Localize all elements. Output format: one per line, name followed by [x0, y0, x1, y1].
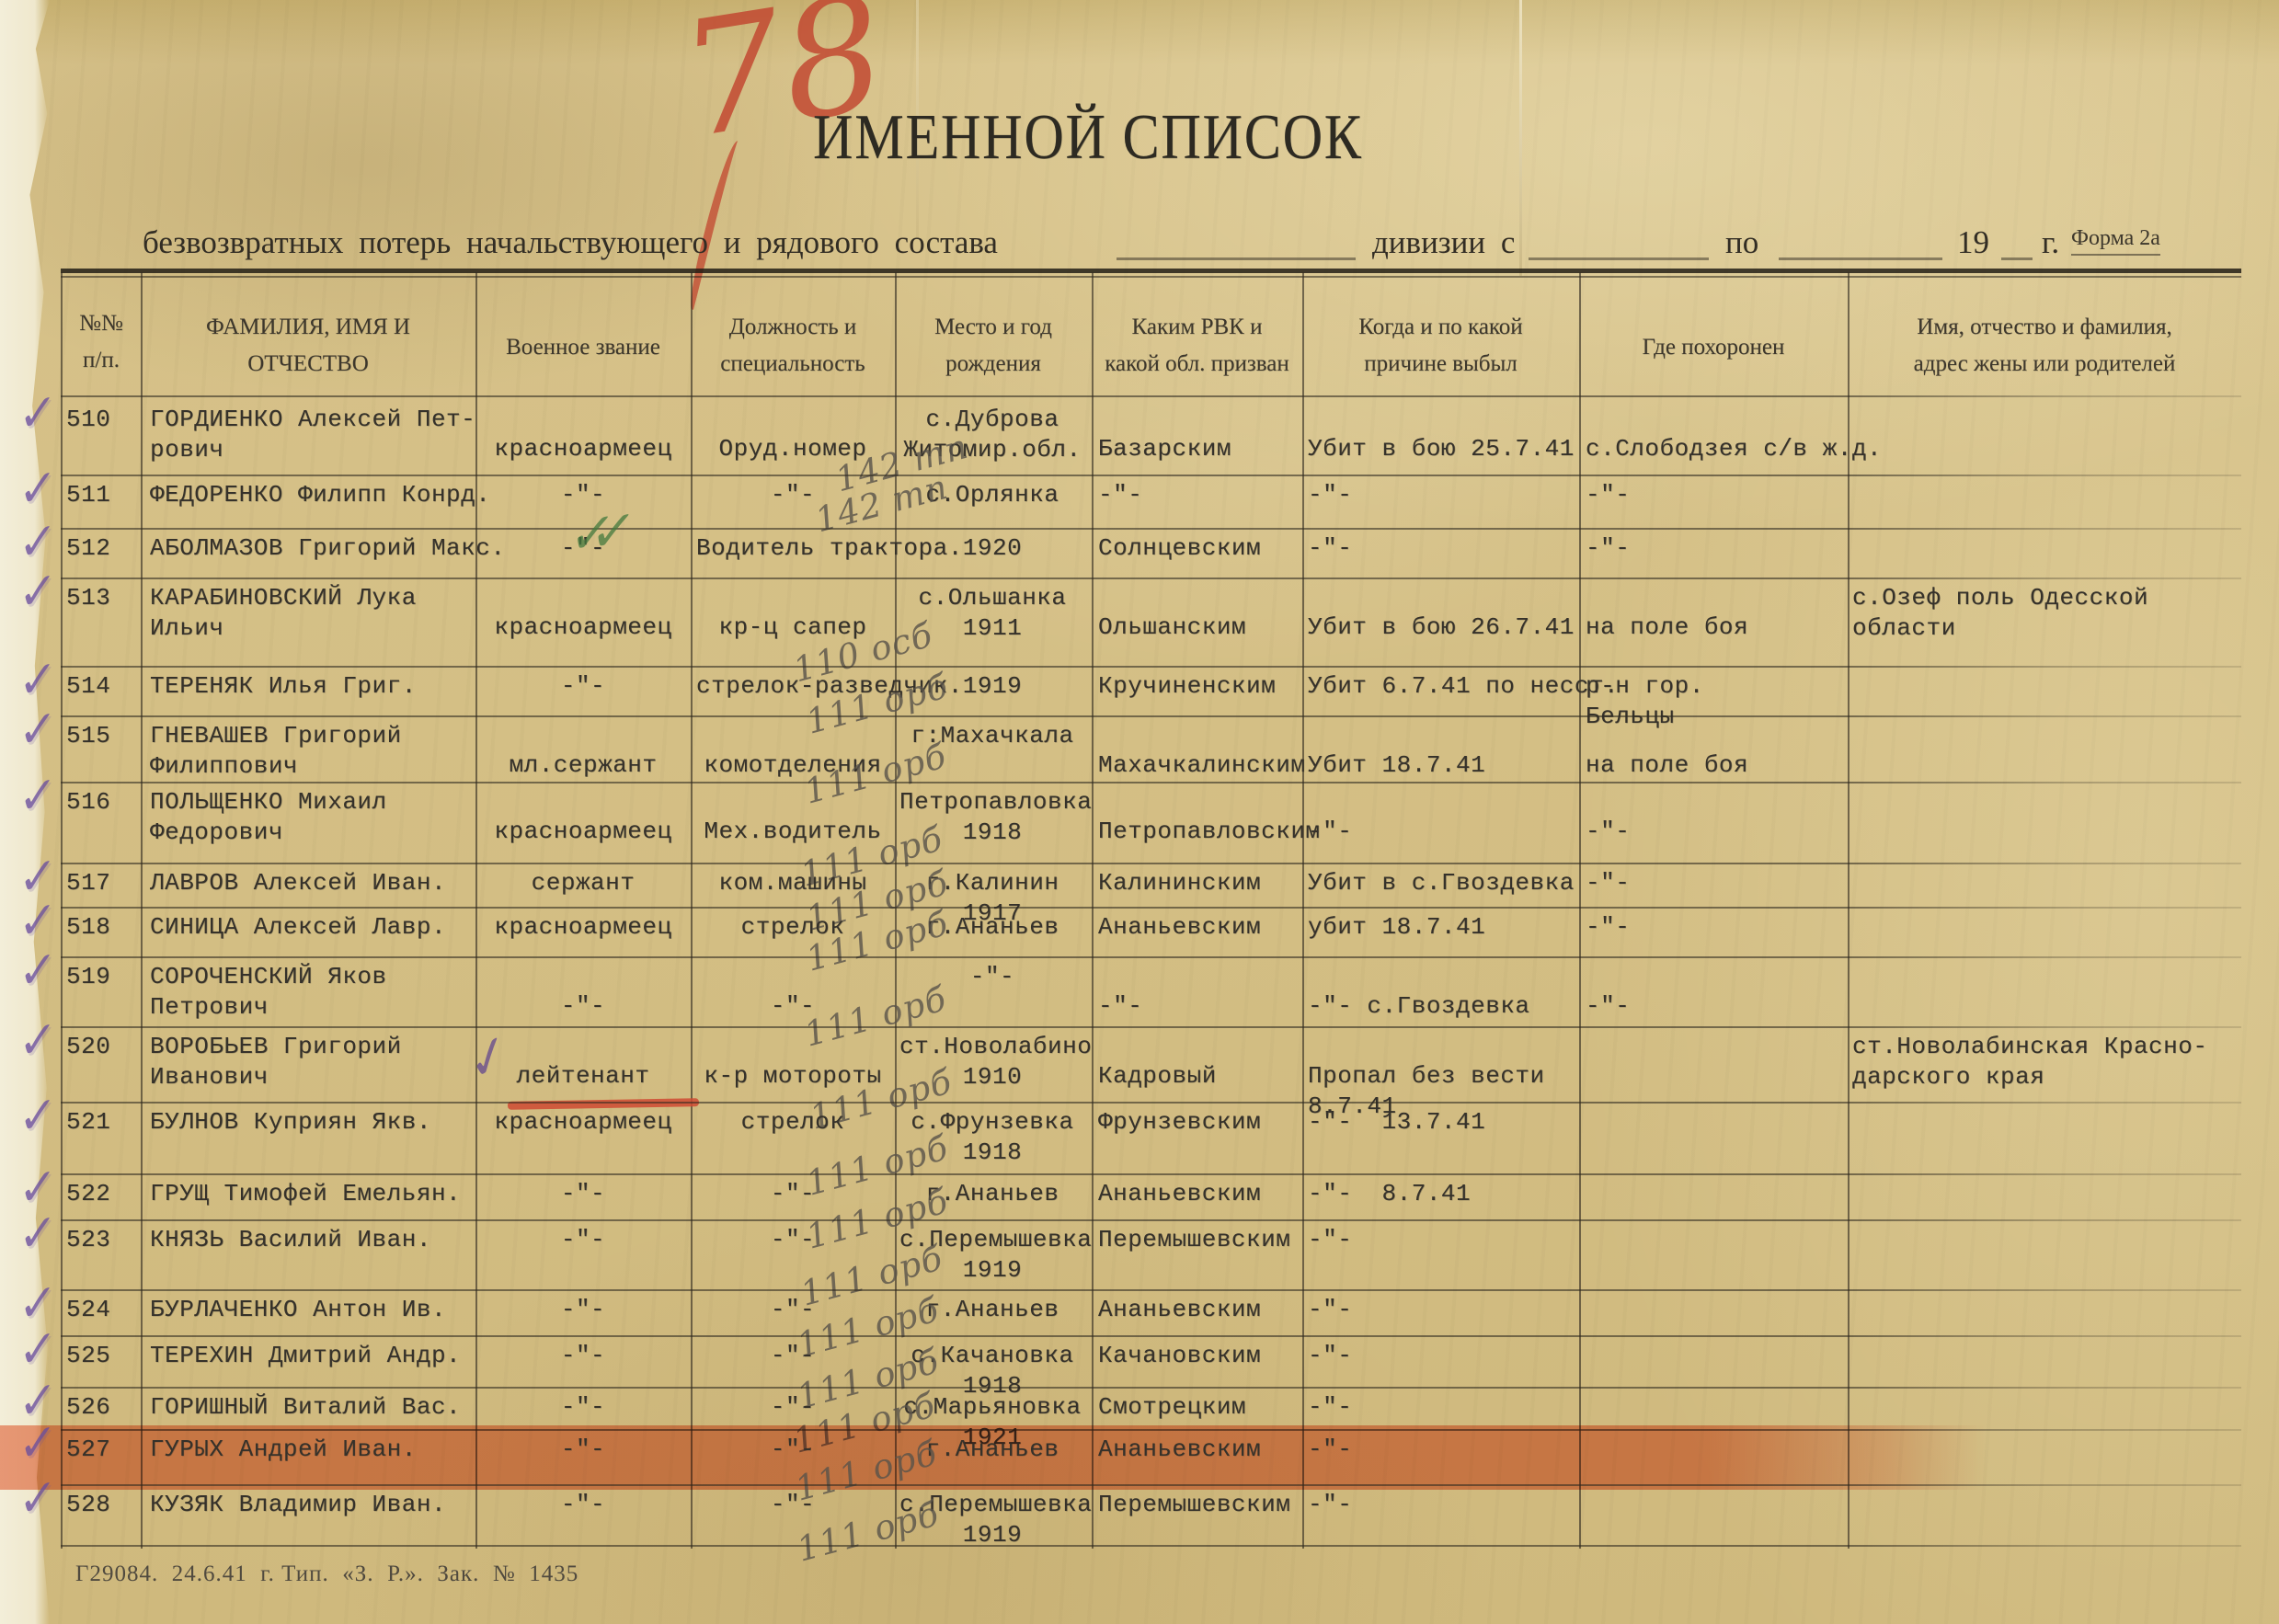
header-num: №№ п/п. [61, 305, 142, 379]
cell-rvk: Солнцевским [1098, 533, 1297, 564]
cell-rank: красноармеец [481, 912, 685, 943]
table-row: 525ТЕРЕХИН Дмитрий Андр.-"--"-с.Качановк… [0, 1337, 2279, 1389]
scanned-document-page: 78 ИМЕННОЙ СПИСОК Форма 2а безвозвратных… [0, 0, 2279, 1624]
cell-name: БУРЛАЧЕНКО Антон Ив. [150, 1295, 472, 1325]
cell-rvk: Калининским [1098, 868, 1297, 898]
blank-line [1529, 226, 1709, 260]
cell-rvk: Кадровый [1098, 1061, 1297, 1092]
subtitle-division: дивизии с [1372, 224, 1515, 261]
header-name: ФАМИЛИЯ, ИМЯ И ОТЧЕСТВО [141, 309, 475, 383]
cell-name: КУЗЯК Владимир Иван. [150, 1490, 472, 1520]
table-row: 518СИНИЦА Алексей Лавр.красноармеецстрел… [0, 909, 2279, 958]
cell-rvk: Ананьевским [1098, 1179, 1297, 1209]
table-row: 517ЛАВРОВ Алексей Иван.сержантком.машины… [0, 864, 2279, 909]
header-cause: Когда и по какой причине выбыл [1302, 309, 1579, 383]
cell-cause: -"- [1308, 817, 1575, 847]
cell-rvk: -"- [1098, 991, 1297, 1022]
margin-checkmark-icon: ✓ [17, 1010, 57, 1071]
cell-num: 513 [66, 583, 138, 613]
cell-cause: -"- [1308, 480, 1575, 510]
cell-rvk: Махачкалинским [1098, 750, 1297, 781]
cell-num: 526 [66, 1392, 138, 1423]
margin-checkmark-icon: ✓ [17, 699, 57, 761]
margin-checkmark-icon: ✓ [17, 1203, 57, 1264]
cell-rvk: Смотрецким [1098, 1392, 1297, 1423]
blank-line [2001, 226, 2033, 260]
cell-num: 515 [66, 721, 138, 751]
cell-num: 516 [66, 787, 138, 818]
table-row: 512АБОЛМАЗОВ Григорий Макс.-"-Водитель т… [0, 530, 2279, 579]
cell-name: ТЕРЕНЯК Илья Григ. [150, 671, 472, 702]
margin-checkmark-icon: ✓ [17, 561, 57, 623]
form-number-label: Форма 2а [2071, 226, 2160, 256]
cell-buried: на поле боя [1586, 750, 1861, 781]
header-position: Должность и специальность [691, 309, 895, 383]
cell-cause: Убит 6.7.41 по несст. [1308, 671, 1575, 702]
cell-num: 525 [66, 1341, 138, 1371]
table-row: 528КУЗЯК Владимир Иван.-"--"-с.Перемышев… [0, 1486, 2279, 1547]
table-row: 514ТЕРЕНЯК Илья Григ.-"-стрелок-разведчи… [0, 668, 2279, 717]
cell-num: 528 [66, 1490, 138, 1520]
cell-rank: -"- [481, 1392, 685, 1423]
margin-checkmark-icon: ✓ [17, 940, 57, 1001]
margin-checkmark-icon: ✓ [17, 1468, 57, 1529]
margin-checkmark-icon: ✓ [17, 765, 57, 827]
cell-rank: -"- [481, 1341, 685, 1371]
table-row: 519СОРОЧЕНСКИЙ Яков Петрович-"--"--"--"-… [0, 958, 2279, 1028]
cell-num: 523 [66, 1225, 138, 1255]
cell-num: 510 [66, 405, 138, 435]
margin-checkmark-icon: ✓ [17, 1412, 57, 1474]
table-row: 527ГУРЫХ Андрей Иван.-"--"-г.АнаньевАнан… [0, 1431, 2279, 1486]
table-row: 523КНЯЗЬ Василий Иван.-"--"-с.Перемышевк… [0, 1221, 2279, 1291]
cell-cause: -"- [1308, 1295, 1575, 1325]
cell-rvk: Ольшанским [1098, 612, 1297, 643]
cell-name: КНЯЗЬ Василий Иван. [150, 1225, 472, 1255]
cell-name: АБОЛМАЗОВ Григорий Макс. [150, 533, 472, 564]
cell-num: 514 [66, 671, 138, 702]
cell-buried: -"- [1586, 817, 1861, 847]
row-separator-line [61, 1545, 2241, 1547]
cell-num: 524 [66, 1295, 138, 1325]
cell-name: ЛАВРОВ Алексей Иван. [150, 868, 472, 898]
header-rank: Военное звание [475, 329, 691, 366]
cell-rvk: Базарским [1098, 434, 1297, 464]
cell-name: СОРОЧЕНСКИЙ Яков Петрович [150, 962, 472, 1023]
cell-position: Водитель трактора. [696, 533, 889, 564]
fold-crease [1519, 0, 1522, 276]
cell-rvk: Ананьевским [1098, 1295, 1297, 1325]
table-row: 521БУЛНОВ Куприян Якв.красноармеецстрело… [0, 1104, 2279, 1175]
cell-name: КАРАБИНОВСКИЙ Лука Ильич [150, 583, 472, 644]
cell-rank: красноармеец [481, 1107, 685, 1138]
cell-rank: -"- [481, 1179, 685, 1209]
cell-family: с.Озеф поль Одесской области [1852, 583, 2237, 644]
margin-checkmark-icon: ✓ [17, 1085, 57, 1147]
cell-cause: -"- [1308, 1392, 1575, 1423]
cell-position: -"- [696, 1225, 889, 1255]
cell-cause: -"- с.Гвоздевка [1308, 991, 1575, 1022]
cell-cause: -"- 8.7.41 [1308, 1179, 1575, 1209]
table-row: 511ФЕДОРЕНКО Филипп Конрд.-"--"-с.Орлянк… [0, 476, 2279, 530]
cell-rvk: Перемышевским [1098, 1225, 1297, 1255]
subtitle-po: по [1725, 224, 1758, 261]
blank-line [1117, 226, 1356, 260]
cell-num: 521 [66, 1107, 138, 1138]
page-title: ИМЕННОЙ СПИСОК [813, 101, 1363, 175]
cell-buried: -"- [1586, 912, 1861, 943]
cell-num: 520 [66, 1032, 138, 1062]
cell-buried: -"- [1586, 868, 1861, 898]
cell-rvk: Фрунзевским [1098, 1107, 1297, 1138]
cell-name: ПОЛЬЩЕНКО Михаил Федорович [150, 787, 472, 848]
table-row: 524БУРЛАЧЕНКО Антон Ив.-"--"-г.АнаньевАн… [0, 1291, 2279, 1337]
cell-name: ГОРИШНЫЙ Виталий Вас. [150, 1392, 472, 1423]
cell-name: ГОРДИЕНКО Алексей Пет- рович [150, 405, 472, 465]
cell-cause: -"- [1308, 1490, 1575, 1520]
blank-line [1779, 226, 1942, 260]
header-family: Имя, отчество и фамилия, адрес жены или … [1848, 309, 2241, 383]
cell-num: 517 [66, 868, 138, 898]
header-rvk: Каким РВК и какой обл. призван [1092, 309, 1302, 383]
table-row: 522ГРУЩ Тимофей Емельян.-"--"-г.АнаньевА… [0, 1175, 2279, 1221]
cell-name: ТЕРЕХИН Дмитрий Андр. [150, 1341, 472, 1371]
cell-cause: Убит 18.7.41 [1308, 750, 1575, 781]
cell-cause: -"- [1308, 1341, 1575, 1371]
cell-rvk: -"- [1098, 480, 1297, 510]
cell-num: 527 [66, 1435, 138, 1465]
cell-rank: -"- [481, 991, 685, 1022]
cell-name: ФЕДОРЕНКО Филипп Конрд. [150, 480, 472, 510]
header-bottom-line [61, 395, 2241, 397]
cell-num: 518 [66, 912, 138, 943]
cell-name: ГРУЩ Тимофей Емельян. [150, 1179, 472, 1209]
cell-rvk: Перемышевским [1098, 1490, 1297, 1520]
table-row: 513КАРАБИНОВСКИЙ Лука Ильичкрасноармеецк… [0, 579, 2279, 668]
cell-name: БУЛНОВ Куприян Якв. [150, 1107, 472, 1138]
cell-cause: -"- [1308, 533, 1575, 564]
cell-rank: красноармеец [481, 817, 685, 847]
subtitle-year: 19 [1957, 224, 1989, 261]
table-row: 515ГНЕВАШЕВ Григорий Филипповичмл.сержан… [0, 717, 2279, 783]
cell-name: СИНИЦА Алексей Лавр. [150, 912, 472, 943]
cell-buried: -"- [1586, 480, 1861, 510]
cell-num: 519 [66, 962, 138, 992]
cell-name: ВОРОБЬЕВ Григорий Иванович [150, 1032, 472, 1092]
cell-buried: с.Слободзея с/в ж.д. [1586, 434, 1861, 464]
cell-num: 512 [66, 533, 138, 564]
cell-cause: Убит в бою 25.7.41 [1308, 434, 1575, 464]
subtitle-text: безвозвратных потерь начальствующего и р… [143, 224, 998, 261]
cell-rvk: Петропавловским [1098, 817, 1297, 847]
cell-buried: -"- [1586, 533, 1861, 564]
table-top-border-inner [61, 276, 2241, 278]
table-row: 516ПОЛЬЩЕНКО Михаил Федоровичкрасноармее… [0, 783, 2279, 864]
cell-rank: -"- [481, 1295, 685, 1325]
cell-cause: Убит в с.Гвоздевка [1308, 868, 1575, 898]
cell-rank: сержант [481, 868, 685, 898]
cell-position: стрелок [696, 1107, 889, 1138]
cell-cause: -"- [1308, 1225, 1575, 1255]
cell-family: ст.Новолабинская Красно- дарского края [1852, 1032, 2237, 1092]
cell-cause: -"- 13.7.41 [1308, 1107, 1575, 1138]
cell-rank: красноармеец [481, 612, 685, 643]
cell-buried: на поле боя [1586, 612, 1861, 643]
header-birth: Место и год рождения [895, 309, 1092, 383]
header-buried: Где похоронен [1579, 329, 1848, 366]
cell-name: ГНЕВАШЕВ Григорий Филиппович [150, 721, 472, 782]
cell-rank: -"- [481, 1225, 685, 1255]
cell-rvk: Кручиненским [1098, 671, 1297, 702]
table-row: 510ГОРДИЕНКО Алексей Пет- ровичкрасноарм… [0, 401, 2279, 476]
cell-num: 522 [66, 1179, 138, 1209]
table-top-border [61, 269, 2241, 273]
table-row: 520ВОРОБЬЕВ Григорий Ивановичлейтенантк-… [0, 1028, 2279, 1104]
cell-rvk: Качановским [1098, 1341, 1297, 1371]
cell-rvk: Ананьевским [1098, 912, 1297, 943]
subtitle-g: г. [2042, 224, 2059, 261]
margin-checkmark-icon: ✓ [17, 458, 57, 520]
cell-rank: -"- [481, 1490, 685, 1520]
cell-cause: убит 18.7.41 [1308, 912, 1575, 943]
margin-checkmark-icon: ✓ [17, 383, 57, 444]
cell-buried: -"- [1586, 991, 1861, 1022]
cell-name: ГУРЫХ Андрей Иван. [150, 1435, 472, 1465]
cell-cause: -"- [1308, 1435, 1575, 1465]
cell-num: 511 [66, 480, 138, 510]
cell-rank: мл.сержант [481, 750, 685, 781]
cell-birth: 1920 [899, 533, 1085, 564]
cell-cause: Убит в бою 26.7.41 [1308, 612, 1575, 643]
cell-rank: красноармеец [481, 434, 685, 464]
printer-imprint: Г29084. 24.6.41 г. Тип. «З. Р.». Зак. № … [75, 1561, 578, 1587]
cell-rank: -"- [481, 1435, 685, 1465]
cell-rank: -"- [481, 671, 685, 702]
cell-rvk: Ананьевским [1098, 1435, 1297, 1465]
